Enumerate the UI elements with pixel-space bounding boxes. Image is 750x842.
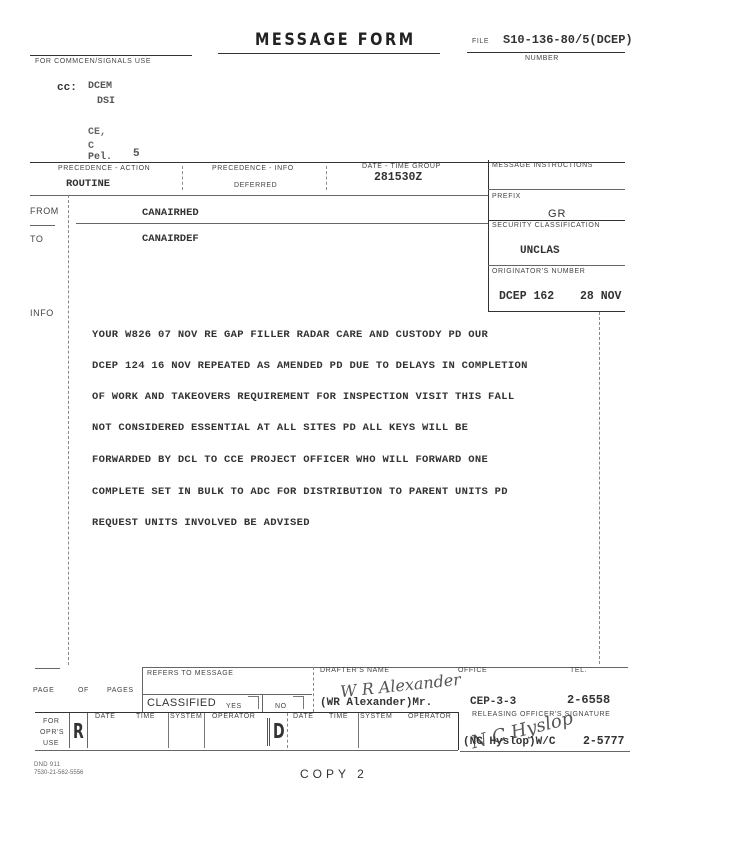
- precedence-action-label: PRECEDENCE - ACTION: [58, 165, 150, 172]
- cc-label: cc:: [57, 82, 77, 94]
- opr-bottom-rule: [35, 750, 458, 751]
- prefix-rule: [488, 189, 625, 190]
- d-right-border: [287, 713, 288, 748]
- r-time-label: TIME: [136, 713, 155, 720]
- form-title: MESSAGE FORM: [255, 30, 416, 50]
- file-number-rule: [467, 52, 625, 53]
- cc-entry-dsi: DSI: [97, 96, 115, 107]
- precedence-bottom-rule: [30, 195, 488, 196]
- r-operator-divider: [204, 713, 205, 748]
- message-line: DCEP 124 16 NOV REPEATED AS AMENDED PD D…: [92, 360, 528, 372]
- pages-label: PAGES: [107, 687, 134, 694]
- from-label: FROM: [30, 206, 59, 216]
- r-date-label: DATE: [95, 713, 116, 720]
- footer-left-stub: [35, 668, 60, 669]
- message-line: OF WORK AND TAKEOVERS REQUIREMENT FOR IN…: [92, 391, 514, 403]
- releasing-name: (NC Hyslop)W/C: [463, 736, 555, 748]
- cc-entry-ce: CE,: [88, 127, 106, 138]
- right-margin-line: [599, 312, 600, 664]
- yes-label: YES: [226, 703, 242, 710]
- message-line: NOT CONSIDERED ESSENTIAL AT ALL SITES PD…: [92, 422, 468, 434]
- security-label: SECURITY CLASSIFICATION: [492, 222, 600, 229]
- page-label: PAGE: [33, 687, 54, 694]
- tel-label: TEL.: [570, 667, 587, 674]
- prefix-label: PREFIX: [492, 193, 521, 200]
- drafter-name: (WR Alexander)Mr.: [320, 697, 432, 709]
- d-system-divider: [358, 713, 359, 748]
- of-label: OF: [78, 687, 89, 694]
- file-number: S10-136-80/5(DCEP): [503, 33, 633, 47]
- opr-label-use: USE: [43, 740, 59, 747]
- precedence-info-value: DEFERRED: [234, 182, 277, 189]
- form-id-line-2: 7530-21-562-5556: [34, 770, 83, 776]
- opr-label-oprs: OPR'S: [40, 729, 64, 736]
- precedence-divider-2: [326, 166, 327, 190]
- file-label: FILE: [472, 38, 489, 45]
- to-label: TO: [30, 234, 44, 244]
- from-value: CANAIRHED: [142, 207, 199, 219]
- security-value: UNCLAS: [520, 245, 560, 257]
- d-operator-label: OPERATOR: [408, 713, 451, 720]
- number-label: NUMBER: [525, 55, 559, 62]
- dtg-label: DATE - TIME GROUP: [362, 163, 441, 170]
- originator-rule: [488, 265, 625, 266]
- form-id-line-1: DND 911: [34, 762, 60, 768]
- yes-no-divider: [262, 694, 263, 712]
- dtg-value: 281530Z: [374, 171, 422, 184]
- copy-label: COPY 2: [300, 767, 368, 781]
- drafter-divider: [313, 667, 314, 712]
- classified-label: CLASSIFIED: [147, 697, 216, 709]
- right-panel-border: [488, 160, 489, 312]
- originator-label: ORIGINATOR'S NUMBER: [492, 268, 585, 275]
- r-left-border: [69, 713, 70, 748]
- refers-label: REFERS TO MESSAGE: [147, 670, 234, 677]
- originator-date: 28 NOV: [580, 290, 621, 303]
- message-line: REQUEST UNITS INVOLVED BE ADVISED: [92, 517, 310, 529]
- opr-label-for: FOR: [43, 718, 60, 725]
- d-time-label: TIME: [329, 713, 348, 720]
- message-line: COMPLETE SET IN BULK TO ADC FOR DISTRIBU…: [92, 486, 508, 498]
- to-value: CANAIRDEF: [142, 233, 199, 245]
- classified-no-checkbox[interactable]: [293, 696, 304, 709]
- d-date-label: DATE: [293, 713, 314, 720]
- left-margin-line: [68, 195, 69, 665]
- title-underline: [218, 53, 440, 54]
- d-mark: D: [273, 719, 285, 743]
- office-value: CEP-3-3: [470, 696, 516, 708]
- releasing-left-border: [458, 712, 459, 750]
- security-rule: [488, 220, 625, 221]
- message-instructions-label: MESSAGE INSTRUCTIONS: [492, 162, 593, 169]
- drafter-label: DRAFTER'S NAME: [320, 667, 390, 674]
- r-mark: R: [73, 719, 84, 743]
- r-system-divider: [168, 713, 169, 748]
- r-system-label: SYSTEM: [170, 713, 202, 720]
- refers-left-border: [142, 667, 143, 712]
- cc-entry-dcem: DCEM: [88, 81, 112, 92]
- cc-page-mark: 5: [133, 148, 140, 160]
- r-right-border: [87, 713, 88, 748]
- from-rule: [76, 223, 488, 224]
- cc-entry-c: C: [88, 141, 94, 152]
- no-label: NO: [275, 703, 287, 710]
- to-left-rule: [30, 225, 55, 226]
- precedence-divider-1: [182, 166, 183, 190]
- classified-yes-checkbox[interactable]: [248, 696, 259, 709]
- message-line: YOUR W826 07 NOV RE GAP FILLER RADAR CAR…: [92, 329, 488, 341]
- commcen-label: FOR COMMCEN/SIGNALS USE: [35, 58, 151, 65]
- releasing-underline: [460, 751, 630, 752]
- precedence-action-value: ROUTINE: [66, 178, 110, 190]
- originator-value: DCEP 162: [499, 290, 554, 303]
- prefix-value: GR: [548, 208, 567, 220]
- office-label: OFFICE: [458, 667, 487, 674]
- classified-rule: [142, 694, 312, 695]
- commcen-rule: [30, 55, 192, 56]
- d-system-label: SYSTEM: [360, 713, 392, 720]
- info-label: INFO: [30, 308, 54, 318]
- d-left-border: [267, 718, 270, 746]
- r-operator-label: OPERATOR: [212, 713, 255, 720]
- releasing-tel: 2-5777: [583, 735, 624, 748]
- right-panel-bottom: [488, 311, 625, 312]
- message-line: FORWARDED BY DCL TO CCE PROJECT OFFICER …: [92, 454, 488, 466]
- tel-value: 2-6558: [567, 693, 610, 707]
- precedence-info-label: PRECEDENCE - INFO: [212, 165, 294, 172]
